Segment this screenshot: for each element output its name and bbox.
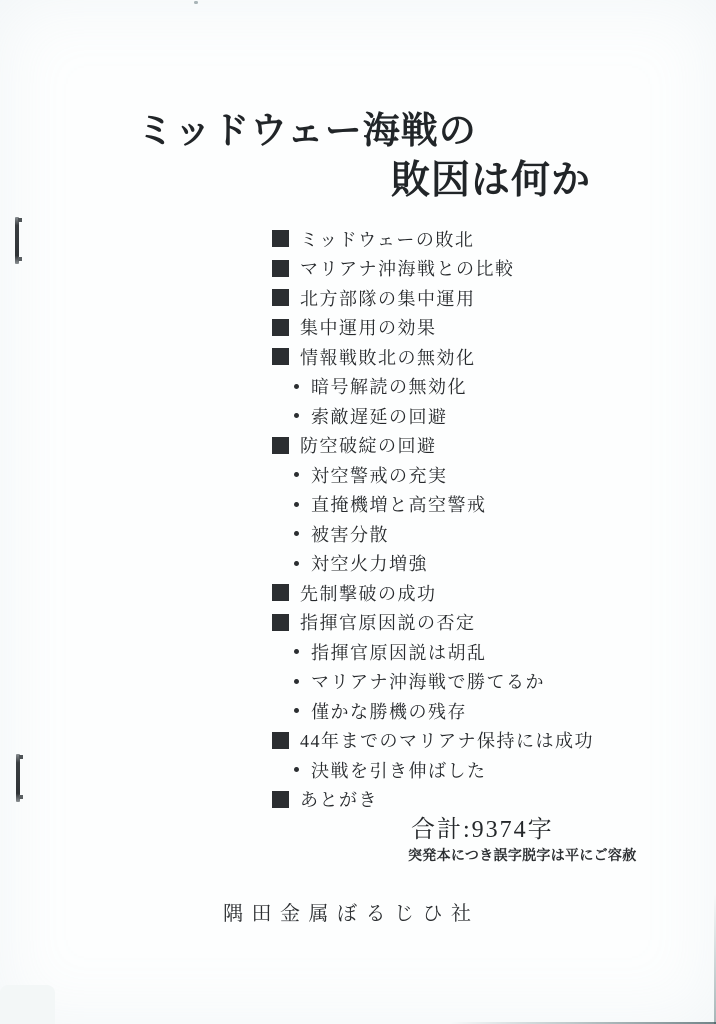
- toc-item-label: 情報戦敗北の無効化: [300, 344, 476, 370]
- toc-item: 情報戦敗北の無効化: [272, 342, 594, 372]
- square-bullet-icon: [272, 260, 289, 277]
- toc-item: 指揮官原因説の否定: [272, 608, 594, 638]
- toc-subitem: 決戦を引き伸ばした: [272, 755, 594, 785]
- toc-item: 北方部隊の集中運用: [272, 283, 594, 313]
- dot-bullet-icon: [294, 561, 299, 566]
- square-bullet-icon: [272, 230, 289, 247]
- toc-item-label: ミッドウェーの敗北: [300, 226, 474, 252]
- scanned-contents-page: ミッドウェー海戦の 敗因は何か ミッドウェーの敗北 マリアナ沖海戦との比較 北方…: [0, 0, 716, 1024]
- publisher-name: 隅田金属ぼるじひ社: [223, 897, 480, 926]
- toc-item-label: 集中運用の効果: [300, 314, 437, 340]
- dot-bullet-icon: [294, 413, 299, 418]
- toc-item: 防空破綻の回避: [272, 431, 594, 461]
- toc-item-label: 指揮官原因説は胡乱: [311, 639, 487, 665]
- toc-subitem: 被害分散: [272, 519, 594, 549]
- toc-item-label: 直掩機増と高空警戒: [311, 491, 487, 517]
- toc-subitem: マリアナ沖海戦で勝てるか: [272, 667, 594, 697]
- staple-mark-bottom: [16, 754, 20, 802]
- toc-item: ミッドウェーの敗北: [272, 224, 594, 254]
- toc-item-label: 指揮官原因説の否定: [300, 609, 476, 635]
- page-title-line1: ミッドウェー海戦の: [137, 100, 477, 154]
- dot-bullet-icon: [294, 708, 299, 713]
- toc-item-label: 北方部隊の集中運用: [300, 285, 476, 311]
- toc-item-label: 決戦を引き伸ばした: [311, 757, 487, 783]
- dot-bullet-icon: [294, 767, 299, 772]
- toc-item-label: 防空破綻の回避: [300, 432, 437, 458]
- table-of-contents: ミッドウェーの敗北 マリアナ沖海戦との比較 北方部隊の集中運用 集中運用の効果 …: [272, 224, 594, 814]
- page-title-line2: 敗因は何か: [391, 149, 591, 205]
- staple-mark-top: [15, 217, 19, 264]
- dot-bullet-icon: [294, 384, 299, 389]
- scan-corner-smudge: [0, 985, 55, 1024]
- square-bullet-icon: [272, 348, 289, 365]
- toc-item-label: 44年までのマリアナ保持には成功: [300, 727, 594, 753]
- toc-item-label: 暗号解読の無効化: [311, 373, 467, 399]
- square-bullet-icon: [272, 614, 289, 631]
- square-bullet-icon: [272, 289, 289, 306]
- square-bullet-icon: [272, 319, 289, 336]
- dot-bullet-icon: [294, 679, 299, 684]
- square-bullet-icon: [272, 732, 289, 749]
- total-character-count: 合計:9374字: [411, 809, 554, 844]
- toc-item-label: あとがき: [300, 786, 378, 812]
- square-bullet-icon: [272, 437, 289, 454]
- toc-item-label: 対空火力増強: [311, 550, 428, 576]
- toc-subitem: 対空警戒の充実: [272, 460, 594, 490]
- dot-bullet-icon: [294, 472, 299, 477]
- errata-note: 突発本につき誤字脱字は平にご容赦: [408, 845, 637, 865]
- toc-subitem: 直掩機増と高空警戒: [272, 490, 594, 520]
- dot-bullet-icon: [294, 649, 299, 654]
- toc-item-label: 先制撃破の成功: [300, 580, 437, 606]
- toc-item: マリアナ沖海戦との比較: [272, 254, 594, 284]
- toc-item: 集中運用の効果: [272, 313, 594, 343]
- toc-item-label: マリアナ沖海戦で勝てるか: [311, 668, 545, 694]
- toc-item-label: 対空警戒の充実: [311, 462, 448, 488]
- toc-item-label: 索敵遅延の回避: [311, 403, 448, 429]
- toc-item: 44年までのマリアナ保持には成功: [272, 726, 594, 756]
- toc-item-label: マリアナ沖海戦との比較: [300, 255, 515, 281]
- toc-item-label: 僅かな勝機の残存: [311, 698, 467, 724]
- toc-subitem: 僅かな勝機の残存: [272, 696, 594, 726]
- toc-item-label: 被害分散: [311, 521, 389, 547]
- toc-subitem: 暗号解読の無効化: [272, 372, 594, 402]
- square-bullet-icon: [272, 791, 289, 808]
- square-bullet-icon: [272, 584, 289, 601]
- toc-subitem: 索敵遅延の回避: [272, 401, 594, 431]
- toc-subitem: 指揮官原因説は胡乱: [272, 637, 594, 667]
- toc-item: 先制撃破の成功: [272, 578, 594, 608]
- scan-speck: [194, 1, 198, 4]
- toc-subitem: 対空火力増強: [272, 549, 594, 579]
- dot-bullet-icon: [294, 502, 299, 507]
- dot-bullet-icon: [294, 531, 299, 536]
